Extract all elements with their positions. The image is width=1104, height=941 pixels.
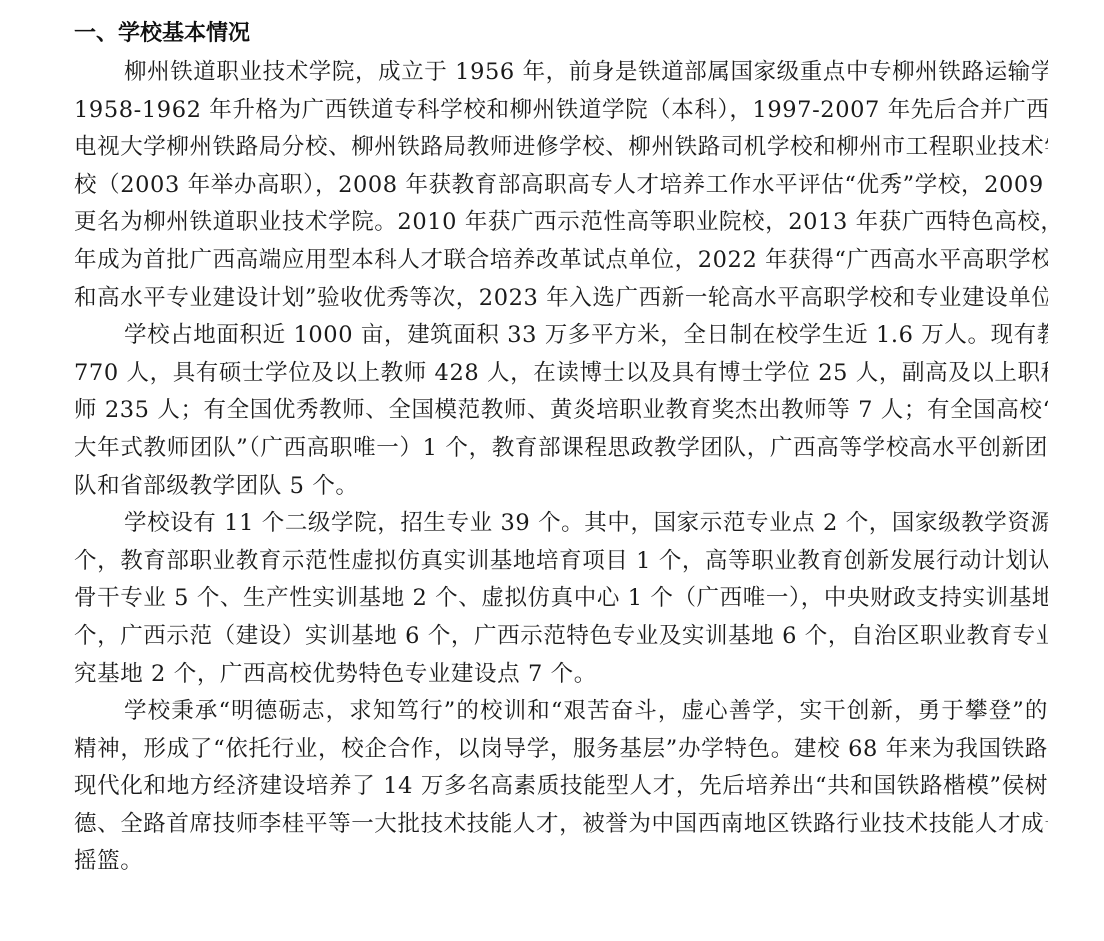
text-line: 更名为柳州铁道职业技术学院。2010 年获广西示范性高等职业院校，2013 年获…	[24, 204, 1048, 242]
text-line: 柳州铁道职业技术学院，成立于 1956 年，前身是铁道部属国家级重点中专柳州铁路…	[24, 54, 1048, 92]
text-line: 个，广西示范（建设）实训基地 6 个，广西示范特色专业及实训基地 6 个，自治区…	[24, 618, 1048, 656]
text-line: 大年式教师团队”（广西高职唯一）1 个，教育部课程思政教学团队，广西高等学校高水…	[24, 430, 1048, 468]
paragraph-campus-staff: 学校占地面积近 1000 亩，建筑面积 33 万多平方米，全日制在校学生近 1.…	[24, 317, 1048, 505]
text-line: 个，教育部职业教育示范性虚拟仿真实训基地培育项目 1 个，高等职业教育创新发展行…	[24, 543, 1048, 581]
text-line: 校（2003 年举办高职），2008 年获教育部高职高专人才培养工作水平评估“优…	[24, 167, 1048, 205]
text-line: 学校占地面积近 1000 亩，建筑面积 33 万多平方米，全日制在校学生近 1.…	[24, 317, 1048, 355]
text-line: 学校秉承“明德砺志，求知笃行”的校训和“艰苦奋斗，虚心善学，实干创新，勇于攀登”…	[24, 693, 1048, 731]
text-line: 和高水平专业建设计划”验收优秀等次，2023 年入选广西新一轮高水平高职学校和专…	[24, 280, 1048, 318]
paragraph-colleges-majors: 学校设有 11 个二级学院，招生专业 39 个。其中，国家示范专业点 2 个，国…	[24, 505, 1048, 693]
text-line: 师 235 人；有全国优秀教师、全国模范教师、黄炎培职业教育奖杰出教师等 7 人…	[24, 392, 1048, 430]
text-line: 现代化和地方经济建设培养了 14 万多名高素质技能型人才，先后培养出“共和国铁路…	[24, 768, 1048, 806]
text-line: 学校设有 11 个二级学院，招生专业 39 个。其中，国家示范专业点 2 个，国…	[24, 505, 1048, 543]
paragraph-motto-achievements: 学校秉承“明德砺志，求知笃行”的校训和“艰苦奋斗，虚心善学，实干创新，勇于攀登”…	[24, 693, 1048, 881]
document-page: 一、学校基本情况 柳州铁道职业技术学院，成立于 1956 年，前身是铁道部属国家…	[24, 14, 1048, 881]
text-line: 770 人，具有硕士学位及以上教师 428 人，在读博士以及具有博士学位 25 …	[24, 355, 1048, 393]
section-heading: 一、学校基本情况	[24, 14, 1048, 54]
paragraph-history: 柳州铁道职业技术学院，成立于 1956 年，前身是铁道部属国家级重点中专柳州铁路…	[24, 54, 1048, 317]
text-line: 骨干专业 5 个、生产性实训基地 2 个、虚拟仿真中心 1 个（广西唯一），中央…	[24, 580, 1048, 618]
text-line: 究基地 2 个，广西高校优势特色专业建设点 7 个。	[24, 656, 1048, 694]
text-line: 德、全路首席技师李桂平等一大批技术技能人才，被誉为中国西南地区铁路行业技术技能人…	[24, 806, 1048, 844]
text-line: 摇篮。	[24, 843, 1048, 881]
text-line: 队和省部级教学团队 5 个。	[24, 468, 1048, 506]
text-line: 1958-1962 年升格为广西铁道专科学校和柳州铁道学院（本科），1997-2…	[24, 92, 1048, 130]
text-line: 年成为首批广西高端应用型本科人才联合培养改革试点单位，2022 年获得“广西高水…	[24, 242, 1048, 280]
text-line: 电视大学柳州铁路局分校、柳州铁路局教师进修学校、柳州铁路司机学校和柳州市工程职业…	[24, 129, 1048, 167]
text-line: 精神，形成了“依托行业，校企合作，以岗导学，服务基层”办学特色。建校 68 年来…	[24, 731, 1048, 769]
